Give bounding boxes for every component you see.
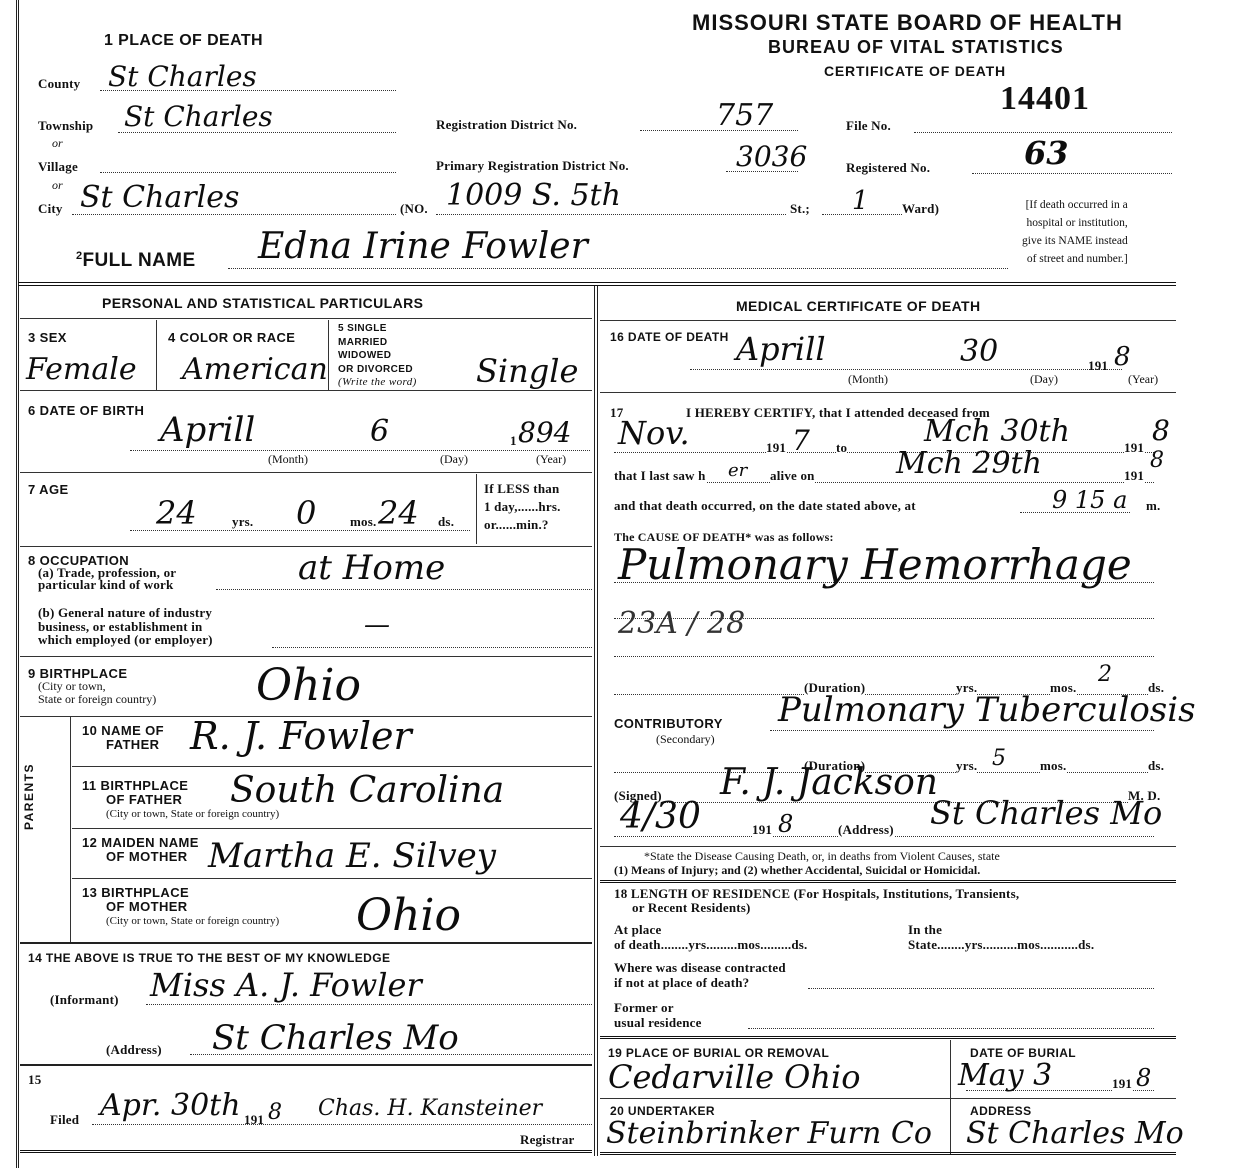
registrar-label: Registrar	[520, 1132, 575, 1148]
footnote-line: *State the Disease Causing Death, or, in…	[614, 849, 1000, 863]
filed-label: Filed	[50, 1112, 79, 1128]
duration-value: 2	[1098, 662, 1112, 687]
former-residence-label: Former or usual residence	[614, 1000, 702, 1030]
former-line: Former or	[614, 1000, 702, 1015]
mother-birthplace-label: 13 BIRTHPLACE OF MOTHER	[82, 886, 189, 914]
age-months-value: 0	[296, 494, 316, 532]
personal-section-title: PERSONAL AND STATISTICAL PARTICULARS	[102, 295, 423, 311]
dob-month-value: Aprill	[160, 410, 255, 450]
ds-label: ds.	[438, 514, 454, 530]
year-caption: (Year)	[536, 452, 566, 467]
registered-number-label: Registered No.	[846, 160, 930, 176]
certificate-number-stamp: 14401	[1000, 80, 1090, 118]
attended-from-value: Nov.	[618, 414, 690, 452]
burial-place-value: Cedarville Ohio	[608, 1058, 861, 1096]
day-caption: (Day)	[1030, 372, 1058, 387]
street-suffix-label: St.;	[790, 201, 810, 217]
dod-month-value: Aprill	[736, 330, 826, 368]
informant-label: (Informant)	[50, 992, 119, 1008]
filed-number: 15	[28, 1072, 41, 1088]
hospital-note-line: of street and number.]	[1022, 250, 1128, 268]
hospital-note: [If death occurred in a hospital or inst…	[1022, 196, 1128, 268]
city-value: St Charles	[80, 180, 239, 215]
place-of-death-heading: 1 PLACE OF DEATH	[104, 32, 263, 50]
informant-address-label: (Address)	[106, 1042, 162, 1058]
occupation-b-line: business, or establishment in	[38, 620, 213, 634]
registration-district-value: 757	[716, 98, 773, 133]
attended-to-year-prefix: 191	[1124, 440, 1144, 456]
bureau-title: BUREAU OF VITAL STATISTICS	[768, 37, 1064, 58]
mother-bp-hint: (City or town, State or foreign country)	[106, 915, 279, 927]
marital-option: MARRIED	[338, 336, 417, 350]
father-name-label: 10 NAME OF FATHER	[82, 724, 164, 752]
birthplace-value: Ohio	[256, 660, 361, 711]
informant-address-value: St Charles Mo	[212, 1018, 459, 1058]
marital-option: 5 SINGLE	[338, 322, 417, 336]
dob-year-value: 894	[518, 416, 571, 449]
former-line: usual residence	[614, 1015, 702, 1030]
certificate-title: CERTIFICATE OF DEATH	[824, 63, 1006, 79]
contracted-line: Where was disease contracted	[614, 960, 786, 975]
contributory-value: Pulmonary Tuberculosis	[778, 690, 1196, 730]
less-than-line: 1 day,......hrs.	[484, 498, 561, 516]
registration-district-label: Registration District No.	[436, 117, 577, 133]
county-label: County	[38, 76, 80, 92]
burial-date-value: May 3	[958, 1058, 1052, 1093]
city-label: City	[38, 201, 63, 217]
marital-option: WIDOWED	[338, 349, 417, 363]
in-state-line: State........yrs..........mos...........…	[908, 937, 1094, 952]
disease-contracted-label: Where was disease contracted if not at p…	[614, 960, 786, 990]
hospital-note-line: [If death occurred in a	[1022, 196, 1128, 214]
father-label-line: FATHER	[82, 738, 164, 752]
birthplace-hint: (City or town, State or foreign country)	[38, 680, 156, 706]
father-name-value: R. J. Fowler	[190, 714, 412, 758]
dod-day-value: 30	[960, 334, 998, 369]
left-border	[16, 0, 19, 1168]
attended-from-year-prefix: 191	[766, 440, 786, 456]
filed-year-value: 8	[268, 1100, 282, 1125]
father-label-line: 10 NAME OF	[82, 724, 164, 738]
date-of-birth-label: 6 DATE OF BIRTH	[28, 403, 144, 418]
cause-code-annotation: 23A / 28	[618, 606, 745, 641]
less-than-line: If LESS than	[484, 480, 561, 498]
birthplace-hint-line: State or foreign country)	[38, 693, 156, 706]
attended-from-year: 7	[792, 424, 810, 457]
mother-birthplace-value: Ohio	[356, 890, 461, 941]
at-place-line: of death........yrs.........mos.........…	[614, 937, 808, 952]
residence-label: 18 LENGTH OF RESIDENCE (For Hospitals, I…	[614, 887, 1019, 915]
primary-registration-label: Primary Registration District No.	[436, 158, 629, 174]
street-value: 1009 S. 5th	[446, 178, 621, 213]
industry-value: —	[364, 610, 390, 640]
registered-number-value: 63	[1024, 134, 1069, 172]
contracted-line: if not at place of death?	[614, 975, 786, 990]
street-number-label: (NO.	[400, 201, 428, 217]
signed-year-value: 8	[778, 810, 793, 838]
age-days-value: 24	[378, 494, 419, 532]
registrar-signature: Chas. H. Kansteiner	[318, 1096, 542, 1121]
ward-label: Ward)	[902, 201, 939, 217]
month-caption: (Month)	[268, 452, 308, 467]
physician-address-value: St Charles Mo	[930, 794, 1162, 832]
county-value: St Charles	[108, 60, 257, 93]
mos-label: mos.	[350, 514, 376, 530]
mother-label-line: 12 MAIDEN NAME	[82, 836, 199, 850]
undertaker-value: Steinbrinker Furn Co	[606, 1116, 932, 1151]
sex-label: 3 SEX	[28, 330, 67, 345]
mother-bp-line: OF MOTHER	[82, 900, 189, 914]
township-value: St Charles	[124, 100, 273, 133]
cause-of-death-value: Pulmonary Hemorrhage	[618, 540, 1132, 589]
last-saw-date: Mch 29th	[896, 446, 1042, 481]
age-label: 7 AGE	[28, 482, 69, 497]
age-years-value: 24	[156, 494, 197, 532]
death-time-suffix: m.	[1146, 498, 1160, 514]
ward-value: 1	[852, 186, 869, 216]
cause-footnote: *State the Disease Causing Death, or, in…	[614, 849, 1000, 877]
last-saw-year: 8	[1150, 448, 1164, 473]
footnote-line: (1) Means of Injury; and (2) whether Acc…	[614, 863, 1000, 877]
yrs-label: yrs.	[232, 514, 253, 530]
less-than-line: or......min.?	[484, 516, 561, 534]
parents-label: PARENTS	[22, 763, 36, 830]
ds-label: ds.	[1148, 758, 1164, 774]
full-name-label: 2FULL NAME	[76, 250, 196, 272]
residence-in-state: In the State........yrs..........mos....…	[908, 922, 1094, 952]
mos-label: mos.	[1040, 758, 1066, 774]
occupation-a-line: particular kind of work	[38, 579, 176, 591]
township-label: Township	[38, 118, 93, 134]
signed-year-prefix: 191	[752, 822, 772, 838]
contributory-label: CONTRIBUTORY	[614, 716, 723, 731]
death-time-value: 9 15 a	[1052, 486, 1127, 514]
dob-day-value: 6	[370, 414, 389, 449]
year-caption: (Year)	[1128, 372, 1158, 387]
father-bp-line: 11 BIRTHPLACE	[82, 779, 188, 793]
mother-bp-line: 13 BIRTHPLACE	[82, 886, 189, 900]
last-saw-label: that I last saw h	[614, 468, 706, 484]
to-label: to	[836, 440, 847, 456]
residence-at-place: At place of death........yrs.........mos…	[614, 922, 808, 952]
father-bp-line: OF FATHER	[82, 793, 188, 807]
day-caption: (Day)	[440, 452, 468, 467]
father-birthplace-label: 11 BIRTHPLACE OF FATHER	[82, 779, 188, 807]
occupation-value: at Home	[298, 548, 445, 588]
occupation-b-label: (b) General nature of industry business,…	[38, 606, 213, 647]
month-caption: (Month)	[848, 372, 888, 387]
occupation-b-line: (b) General nature of industry	[38, 606, 213, 620]
father-birthplace-value: South Carolina	[230, 770, 504, 811]
attended-to-value: Mch 30th	[924, 414, 1070, 449]
yrs-label: yrs.	[956, 758, 977, 774]
or-label: or	[52, 178, 63, 193]
knowledge-statement: 14 THE ABOVE IS TRUE TO THE BEST OF MY K…	[28, 951, 390, 965]
board-title: MISSOURI STATE BOARD OF HEALTH	[692, 10, 1123, 36]
attended-to-year: 8	[1152, 414, 1170, 447]
burial-year-prefix: 191	[1112, 1076, 1132, 1092]
signed-date-value: 4/30	[620, 796, 701, 837]
marital-status-label: 5 SINGLE MARRIED WIDOWED OR DIVORCED (Wr…	[338, 322, 417, 390]
informant-value: Miss A. J. Fowler	[150, 966, 422, 1004]
residence-label-line: or Recent Residents)	[614, 901, 1019, 915]
sex-value: Female	[26, 352, 137, 387]
last-saw-pronoun: er	[728, 460, 747, 481]
occupation-a-label: (a) Trade, profession, or particular kin…	[38, 567, 176, 591]
in-state-line: In the	[908, 922, 1094, 937]
mother-label-line: OF MOTHER	[82, 850, 199, 864]
contributory-duration-value: 5	[992, 746, 1006, 771]
filed-year-prefix: 191	[244, 1112, 264, 1128]
occupation-b-line: which employed (or employer)	[38, 633, 213, 647]
filed-date-value: Apr. 30th	[100, 1088, 241, 1123]
or-label: or	[52, 136, 63, 151]
medical-section-title: MEDICAL CERTIFICATE OF DEATH	[736, 298, 981, 314]
marital-hint: (Write the word)	[338, 376, 417, 390]
mother-name-value: Martha E. Silvey	[208, 836, 496, 876]
marital-option: OR DIVORCED	[338, 363, 417, 377]
marital-status-value: Single	[476, 352, 578, 390]
hospital-note-line: give its NAME instead	[1022, 232, 1128, 250]
hospital-note-line: hospital or institution,	[1022, 214, 1128, 232]
less-than-day-note: If LESS than 1 day,......hrs. or......mi…	[484, 480, 561, 534]
primary-registration-value: 3036	[736, 140, 807, 173]
undertaker-address-value: St Charles Mo	[966, 1116, 1184, 1151]
date-of-death-label: 16 DATE OF DEATH	[610, 330, 729, 344]
race-label: 4 COLOR OR RACE	[168, 330, 295, 345]
dod-year-value: 8	[1114, 342, 1131, 372]
physician-signature: F. J. Jackson	[720, 762, 938, 803]
village-label: Village	[38, 159, 78, 175]
file-number-label: File No.	[846, 118, 891, 134]
residence-label-line: 18 LENGTH OF RESIDENCE (For Hospitals, I…	[614, 887, 1019, 901]
last-saw-year-prefix: 191	[1124, 468, 1144, 484]
dod-year-prefix: 191	[1088, 358, 1108, 374]
mother-name-label: 12 MAIDEN NAME OF MOTHER	[82, 836, 199, 864]
dob-year-prefix: 1	[510, 433, 517, 449]
full-name-text: FULL NAME	[83, 250, 196, 271]
alive-on-label: alive on	[770, 468, 815, 484]
death-time-label: and that death occurred, on the date sta…	[614, 498, 916, 514]
full-name-value: Edna Irine Fowler	[258, 226, 588, 267]
burial-year-value: 8	[1136, 1064, 1151, 1092]
race-value: American	[182, 352, 328, 387]
at-place-line: At place	[614, 922, 808, 937]
physician-address-label: (Address)	[838, 822, 894, 838]
secondary-label: (Secondary)	[656, 732, 715, 747]
